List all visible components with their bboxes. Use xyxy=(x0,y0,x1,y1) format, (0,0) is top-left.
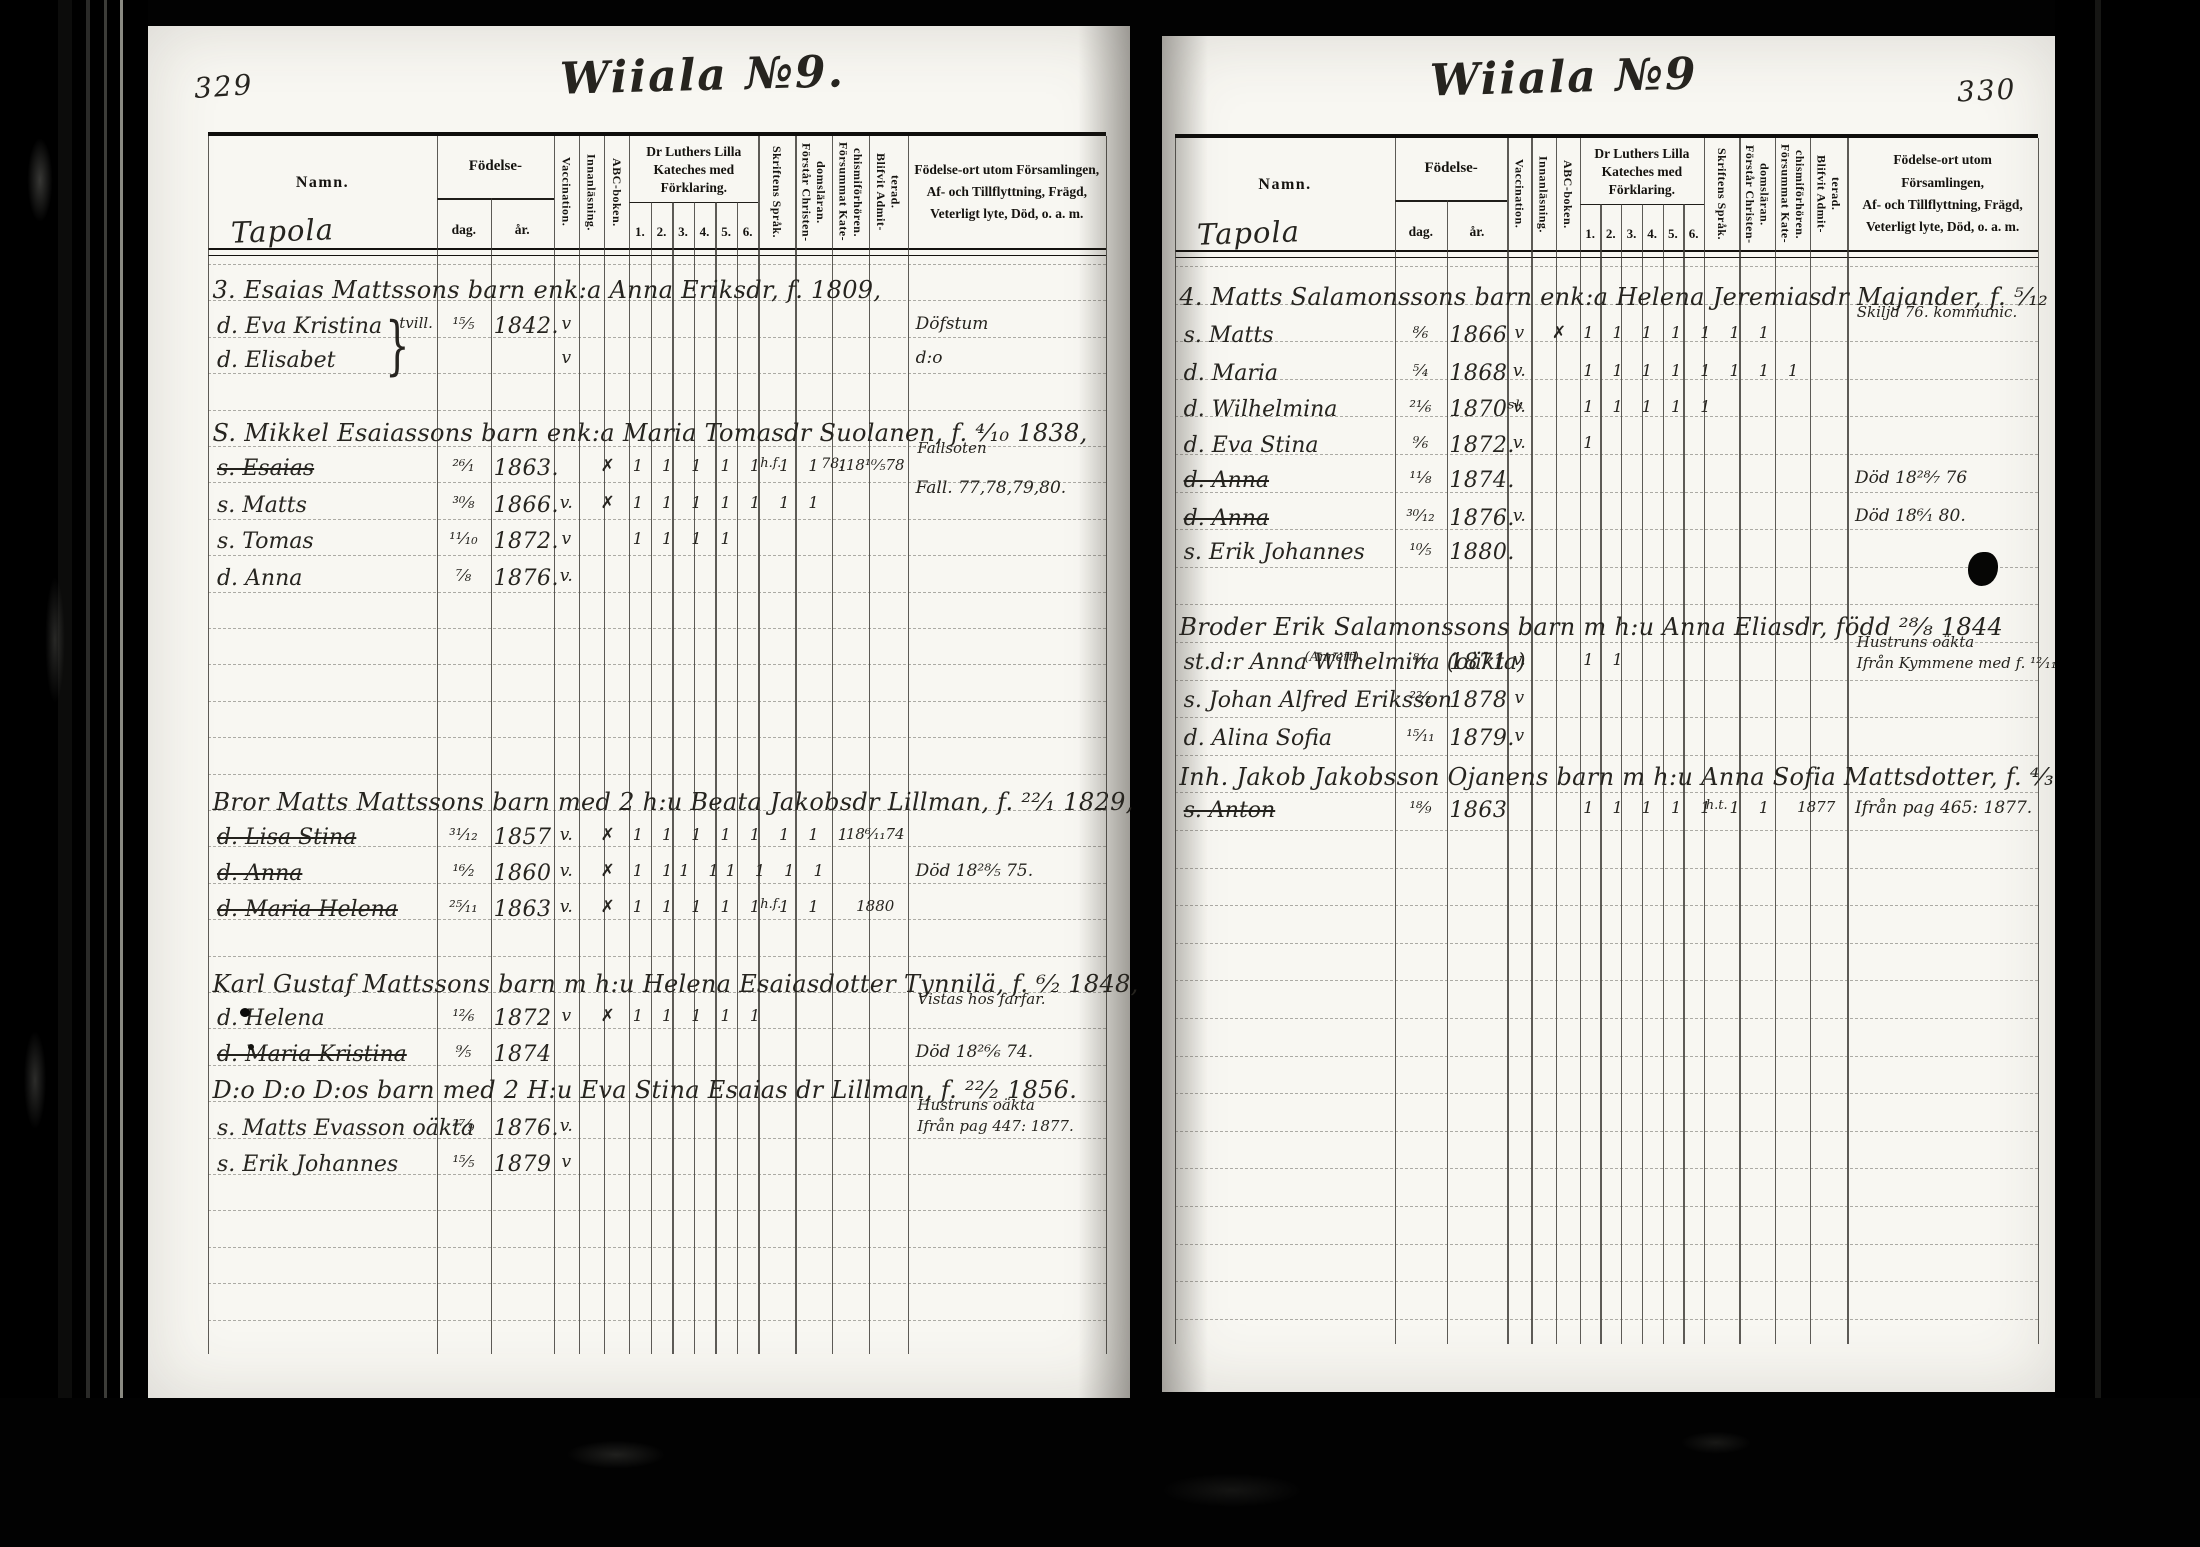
family-header-note: Hustruns oäkta xyxy=(917,1096,1034,1114)
family-header-text: 3. Esaias Mattssons barn enk:a Anna Erik… xyxy=(212,276,881,304)
abc-mark: ✗ xyxy=(1541,323,1577,343)
catechism-marks: 1 1 1 1 1 xyxy=(1583,397,1717,416)
birth-year-cell: 1863. xyxy=(494,456,559,481)
catechism-marks: 1 1 1 1 1 1 1 1 xyxy=(633,825,855,844)
register-row: s. Tomas¹¹⁄₁₀1872.v1 1 1 1 xyxy=(208,529,1106,571)
register-row: d. Anna⁷⁄₈1876.v. xyxy=(208,566,1106,608)
name-cell: d. Anna xyxy=(217,861,302,886)
vaccination-mark: v xyxy=(1506,323,1532,343)
name-cell: d. Maria Kristina xyxy=(217,1042,407,1067)
birth-day-cell: ¹⁰⁄₅ xyxy=(1392,540,1448,559)
remark-cell: Ifrån pag 465: 1877. xyxy=(1855,798,2033,819)
birth-day-cell: ¹⁵⁄₅ xyxy=(434,1152,492,1171)
register-row: st.d:r Anna Wilhelmina (oäkta)(Annett)⁸⁄… xyxy=(1175,650,2038,692)
catechism-marks: 1 1 1 1 1 1 1 xyxy=(633,897,826,916)
birth-year-cell: 1842. xyxy=(494,314,559,339)
vaccination-mark: v. xyxy=(1506,506,1532,526)
torn-page-edge xyxy=(0,0,148,1547)
catechism-marks: 1 1 1 1 xyxy=(633,529,738,548)
catechism-marks: 1 1 1 1 1 1 1 xyxy=(633,493,826,512)
birth-year-cell: 1863 xyxy=(1449,798,1507,823)
admitted-cell: 1880 xyxy=(838,897,912,915)
catechism-marks: 1 xyxy=(1583,433,1600,452)
birth-day-cell: ²⁵⁄₁₁ xyxy=(434,897,492,916)
vaccination-mark: v. xyxy=(553,897,580,917)
birth-day-cell: ¹²⁄₆ xyxy=(434,1006,492,1025)
vaccination-mark: v. xyxy=(553,493,580,513)
birth-day-cell: ²²⁄₂ xyxy=(1392,688,1448,707)
name-cell: s. Tomas xyxy=(217,529,314,554)
birth-year-cell: 1872 xyxy=(494,1006,552,1031)
name-note: (Annett) xyxy=(1304,650,1358,665)
name-cell: d. Anna xyxy=(217,566,302,591)
remark-cell: Död 18²⁸⁄₅ 75. xyxy=(916,861,1101,882)
birth-day-cell: ⁸⁄₆ xyxy=(1392,323,1448,342)
ink-spot xyxy=(248,1044,254,1050)
catechism-marks: 1 11 11 1 1 1 xyxy=(633,861,831,880)
vaccination-mark: v xyxy=(1506,726,1532,746)
vaccination-mark: v xyxy=(553,529,580,549)
birth-year-cell: 1876. xyxy=(494,566,559,591)
birth-day-cell: ⁵⁄₄ xyxy=(1392,361,1448,380)
vaccination-mark: v xyxy=(553,1006,580,1026)
birth-day-cell: ²⁷⁄₉ xyxy=(434,1116,492,1135)
birth-year-cell: 1876. xyxy=(1449,506,1514,531)
vaccination-mark: v. xyxy=(1506,361,1532,381)
birth-year-cell: 1866. xyxy=(494,493,559,518)
remark-cell: Död 18⁶⁄₁ 80. xyxy=(1855,506,2033,527)
left-page: 329 Wiiala №9. Namn. Tapola Födelse- dag… xyxy=(148,26,1130,1398)
abc-mark: ✗ xyxy=(589,825,627,845)
birth-year-cell: 1874. xyxy=(1449,468,1514,493)
register-row: s. Erik Johannes¹⁵⁄₅1879v xyxy=(208,1152,1106,1194)
name-cell: s. Anton xyxy=(1184,798,1276,823)
register-row: s. Matts⁸⁄₆1866v✗1 1 1 1 1 1 1 xyxy=(1175,323,2038,365)
birth-day-cell: ¹⁵⁄₁₁ xyxy=(1392,726,1448,745)
family-header-note: Skiljd 76. kommunic. xyxy=(1857,303,2017,321)
catechism-marks: 1 1 1 1 1 xyxy=(633,1006,767,1025)
birth-year-cell: 1879 xyxy=(494,1152,552,1177)
birth-day-cell: ³⁰⁄₁₂ xyxy=(1392,506,1448,525)
remark-cell: Död 18²⁸⁄₇ 76 xyxy=(1855,468,2033,489)
name-cell: s. Esaias xyxy=(217,456,314,481)
birth-year-cell: 1878 xyxy=(1449,688,1507,713)
birth-day-cell: ¹⁸⁄₉ xyxy=(1392,798,1448,817)
vaccination-mark: v. xyxy=(1506,433,1532,453)
vaccination-mark: v. xyxy=(553,861,580,881)
family-header-note: Hustruns oäkta xyxy=(1857,633,1974,651)
script-language-mark: h.t. xyxy=(1706,798,1728,813)
scan-bottom-margin xyxy=(0,1398,2200,1547)
name-cell: d. Maria xyxy=(1184,361,1278,386)
register-row: d. Maria Helena²⁵⁄₁₁1863v.✗1 1 1 1 1 1 1… xyxy=(208,897,1106,939)
vaccination-mark: v. xyxy=(553,825,580,845)
script-language-mark: h.f. xyxy=(760,456,781,471)
vaccination-mark: v. xyxy=(553,1116,580,1136)
family-header-row: 3. Esaias Mattssons barn enk:a Anna Erik… xyxy=(208,276,1106,318)
birth-day-cell: ⁹⁄₆ xyxy=(1392,433,1448,452)
register-row: d. Alina Sofia¹⁵⁄₁₁1879.v xyxy=(1175,726,2038,768)
birth-year-cell: 1872. xyxy=(1449,433,1514,458)
handwritten-entries: 4. Matts Salamonssons barn enk:a Helena … xyxy=(1175,36,2038,1392)
vaccination-mark: v. xyxy=(1506,650,1532,670)
vaccination-mark: v xyxy=(553,348,580,368)
scanned-register-spread: 329 Wiiala №9. Namn. Tapola Födelse- dag… xyxy=(0,0,2200,1547)
family-header-text: Bror Matts Mattssons barn med 2 h:u Beat… xyxy=(212,788,1133,816)
birth-day-cell: ²⁶⁄₁ xyxy=(434,456,492,475)
name-cell: d. Lisa Stina xyxy=(217,825,356,850)
birth-year-cell: 1879. xyxy=(1449,726,1514,751)
abc-mark: ✗ xyxy=(589,1006,627,1026)
handwritten-entries: 3. Esaias Mattssons barn enk:a Anna Erik… xyxy=(208,26,1106,1398)
birth-day-cell: ³⁰⁄₈ xyxy=(434,493,492,512)
birth-year-cell: 1871 xyxy=(1449,650,1507,675)
vaccination-mark: v. xyxy=(553,566,580,586)
remark-cell: d:o xyxy=(916,348,1101,369)
name-cell: d. Eva Kristina xyxy=(217,314,382,339)
name-cell: d. Maria Helena xyxy=(217,897,398,922)
family-header-row: 4. Matts Salamonssons barn enk:a Helena … xyxy=(1175,283,2038,325)
birth-year-cell: 1880. xyxy=(1449,540,1514,565)
register-row: s. Anton¹⁸⁄₉18631 1 1 1 1 1 1h.t.1877Ifr… xyxy=(1175,798,2038,840)
birth-day-cell: ¹¹⁄₁₀ xyxy=(434,529,492,548)
catechism-marks: 1 1 1 1 1 1 1 xyxy=(1583,798,1776,817)
name-cell: d. Anna xyxy=(1184,468,1269,493)
remark-cell: Döfstum xyxy=(916,314,1101,335)
admitted-cell: 1877 xyxy=(1781,798,1852,816)
vaccination-mark: v. xyxy=(1506,397,1532,417)
family-header-row: S. Mikkel Esaiassons barn enk:a Maria To… xyxy=(208,419,1106,461)
abc-mark: ✗ xyxy=(589,861,627,881)
scan-right-margin xyxy=(2055,0,2200,1547)
family-header-text: Inh. Jakob Jakobsson Ojanens barn m h:u … xyxy=(1179,763,2132,791)
remark-cell: Död 18²⁶⁄₆ 74. xyxy=(916,1042,1101,1063)
name-cell: s. Erik Johannes xyxy=(1184,540,1365,565)
birth-year-cell: 1866 xyxy=(1449,323,1507,348)
birth-day-cell: ³¹⁄₁₂ xyxy=(434,825,492,844)
abc-mark: ✗ xyxy=(589,897,627,917)
name-cell: d. Alina Sofia xyxy=(1184,726,1332,751)
catechism-marks: 1 1 xyxy=(1583,650,1629,669)
catechism-marks: 1 1 1 1 1 1 1 xyxy=(1583,323,1776,342)
birth-day-cell: ²¹⁄₆ xyxy=(1392,397,1448,416)
birth-year-cell: 1868 xyxy=(1449,361,1507,386)
name-cell: d. Elisabet xyxy=(217,348,336,373)
register-row: s. Johan Alfred Eriksson²²⁄₂1878v xyxy=(1175,688,2038,730)
birth-year-cell: 1874 xyxy=(494,1042,552,1067)
name-cell: s. Matts xyxy=(217,493,307,518)
admitted-cell: 18⁶⁄₁₁74 xyxy=(838,825,912,843)
birth-year-cell: 1857 xyxy=(494,825,552,850)
birth-year-cell: 1860 xyxy=(494,861,552,886)
catechism-marks: 1 1 1 1 1 1 1 1 xyxy=(1583,361,1805,380)
birth-day-cell: ¹¹⁄₈ xyxy=(1392,468,1448,487)
column-line xyxy=(1106,136,1107,1354)
abc-mark: ✗ xyxy=(589,456,627,476)
name-cell: d. Anna xyxy=(1184,506,1269,531)
birth-day-cell: ¹⁶⁄₂ xyxy=(434,861,492,880)
abc-mark: ✗ xyxy=(589,493,627,513)
name-cell: s. Erik Johannes xyxy=(217,1152,398,1177)
birth-year-cell: 1872. xyxy=(494,529,559,554)
family-header-row: D:o D:o D:os barn med 2 H:u Eva Stina Es… xyxy=(208,1076,1106,1118)
vaccination-mark: v xyxy=(553,314,580,334)
register-row: s. Esaias²⁶⁄₁1863.✗1 1 1 1 1 1 1 1h.f.18… xyxy=(208,456,1106,498)
family-header-row: Broder Erik Salamonssons barn m h:u Anna… xyxy=(1175,613,2038,655)
birth-day-cell: ¹⁵⁄₅ xyxy=(434,314,492,333)
vaccination-mark: v xyxy=(553,1152,580,1172)
right-page: 330 Wiiala №9 Namn. Tapola Födelse- dag.… xyxy=(1162,36,2056,1392)
name-cell: d. Wilhelmina xyxy=(1184,397,1338,422)
register-row: d. Anna¹¹⁄₈1874.Död 18²⁸⁄₇ 76 xyxy=(1175,468,2038,510)
column-line xyxy=(2038,138,2039,1344)
birth-year-cell: 1876. xyxy=(494,1116,559,1141)
script-language-mark: h.f. xyxy=(760,897,781,912)
birth-day-cell: ⁷⁄₈ xyxy=(434,566,492,585)
register-row: d. Elisabetvd:o xyxy=(208,348,1106,390)
birth-day-cell: ⁹⁄₅ xyxy=(434,1042,492,1061)
register-row: s. Erik Johannes¹⁰⁄₅1880. xyxy=(1175,540,2038,582)
vaccination-mark: v xyxy=(1506,688,1532,708)
name-cell: s. Matts xyxy=(1184,323,1274,348)
name-cell: d. Eva Stina xyxy=(1184,433,1319,458)
admitted-cell: 18¹⁰⁄₅78 xyxy=(838,456,912,474)
name-cell: d. Helena xyxy=(217,1006,325,1031)
birth-year-cell: 1863 xyxy=(494,897,552,922)
admitted-note: 78. xyxy=(821,456,843,472)
ink-spot xyxy=(240,1008,250,1017)
family-header-note: Fallsoten xyxy=(917,439,986,457)
family-header-row: Bror Matts Mattssons barn med 2 h:u Beat… xyxy=(208,788,1106,830)
birth-day-cell: ⁸⁄₇ xyxy=(1392,650,1448,669)
twin-note: tvill. xyxy=(399,314,433,332)
